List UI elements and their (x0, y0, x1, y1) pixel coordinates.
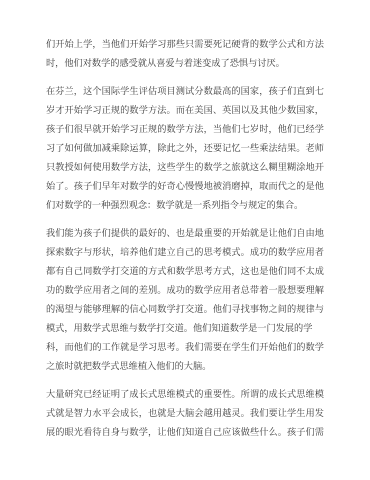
text-line: 只教授如何使用数学方法，这些学生的数学之旅就这么糊里糊涂地开 (46, 158, 324, 177)
paragraph: 我们能为孩子们提供的最好的、也是最重要的开始就是让他们自由地探索数字与形状，培养… (46, 224, 324, 376)
text-line: 习了如何做加减乘除运算，除此之外，还要记忆一些乘法结果。老师 (46, 139, 324, 158)
paragraph: 在芬兰，这个国际学生评估项目测试分数最高的国家，孩子们直到七岁才开始学习正规的数… (46, 82, 324, 215)
text-line: 都有自己同数学打交道的方式和数学思考方式，这也是他们同不太成 (46, 262, 324, 281)
text-line: 我们能为孩子们提供的最好的、也是最重要的开始就是让他们自由地 (46, 224, 324, 243)
text-line: 大量研究已经证明了成长式思维模式的重要性。所谓的成长式思维模 (46, 385, 324, 404)
text-line: 功的数学应用者之间的差别。成功的数学应用者总带着一股想要理解 (46, 281, 324, 300)
text-line: 式就是智力水平会成长，也就是大脑会越用越灵。我们要让学生用发 (46, 404, 324, 423)
text-content: 们开始上学，当他们开始学习那些只需要死记硬背的数学公式和方法时，他们对数学的感受… (46, 35, 324, 451)
reader-page: 们开始上学，当他们开始学习那些只需要死记硬背的数学公式和方法时，他们对数学的感受… (0, 0, 370, 480)
text-line: 时，他们对数学的感受就从喜爱与着迷变成了恐惧与讨厌。 (46, 54, 324, 73)
text-line: 之旅时就把数学式思维植入他们的大脑。 (46, 357, 324, 376)
text-line: 孩子们很早就开始学习正规的数学方法，当他们七岁时，他们已经学 (46, 120, 324, 139)
text-line: 模式，用数学式思维与数学打交道。他们知道数学是一门发展的学 (46, 319, 324, 338)
paragraph: 们开始上学，当他们开始学习那些只需要死记硬背的数学公式和方法时，他们对数学的感受… (46, 35, 324, 73)
text-line: 们开始上学，当他们开始学习那些只需要死记硬背的数学公式和方法 (46, 35, 324, 54)
text-line: 展的眼光看待自身与数学，让他们知道自己应该做些什么。孩子们需 (46, 423, 324, 442)
text-line: 岁才开始学习正规的数学方法。而在美国、英国以及其他少数国家， (46, 101, 324, 120)
paragraph: 大量研究已经证明了成长式思维模式的重要性。所谓的成长式思维模式就是智力水平会成长… (46, 385, 324, 442)
text-line: 科，而他们的工作就是学习思考。我们需要在学生们开始他们的数学 (46, 338, 324, 357)
text-line: 们对数学的一种强烈观念：数学就是一系列指令与规定的集合。 (46, 196, 324, 215)
text-line: 的渴望与能够理解的信心同数学打交道。他们寻找事物之间的规律与 (46, 300, 324, 319)
text-line: 探索数字与形状，培养他们建立自己的思考模式。成功的数学应用者 (46, 243, 324, 262)
text-line: 在芬兰，这个国际学生评估项目测试分数最高的国家，孩子们直到七 (46, 82, 324, 101)
text-line: 始了。孩子们早年对数学的好奇心慢慢地被消磨掉，取而代之的是他 (46, 177, 324, 196)
